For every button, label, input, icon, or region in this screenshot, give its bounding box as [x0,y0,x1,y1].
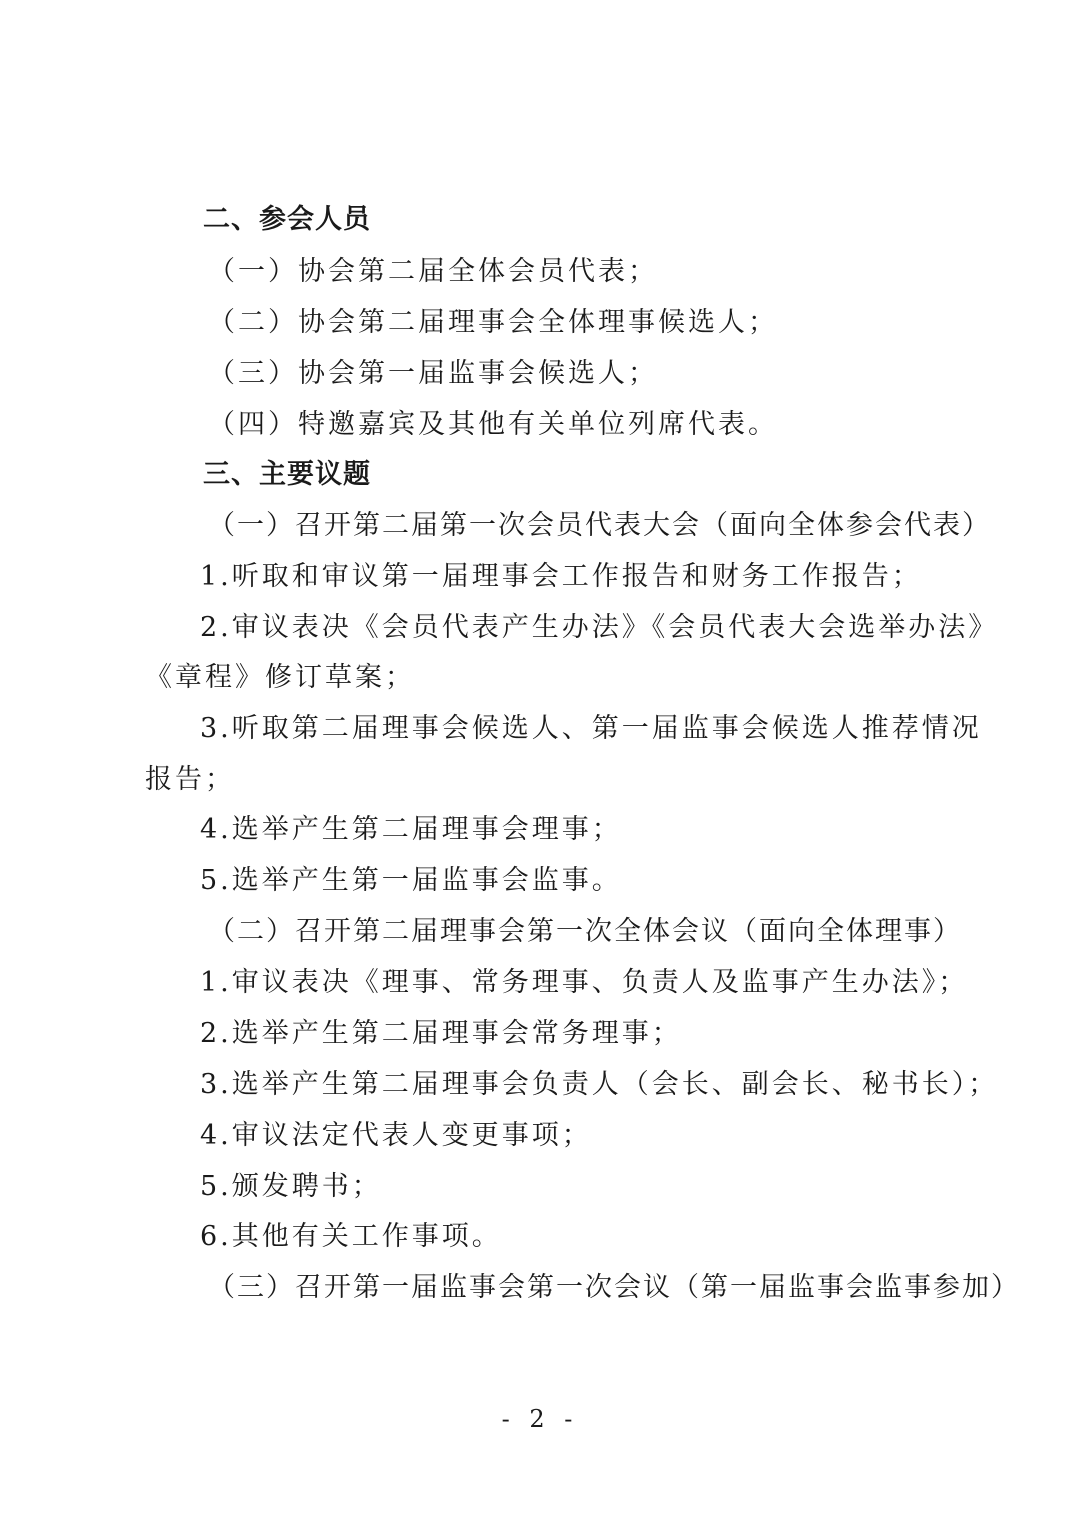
agenda-line: 1.听取和审议第一届理事会工作报告和财务工作报告； [200,560,922,594]
attendee-item: （一）协会第二届全体会员代表； [208,255,658,289]
agenda-line: 4.选举产生第二届理事会理事； [200,813,622,847]
agenda-line-continuation: 《章程》修订草案； [145,661,415,695]
agenda-line: 6.其他有关工作事项。 [200,1220,502,1254]
section-heading-agenda: 三、主要议题 [203,458,371,492]
agenda-line: 2.审议表决《会员代表产生办法》《会员代表大会选举办法》 [200,611,998,645]
agenda-line: 3.选举产生第二届理事会负责人（会长、副会长、秘书长）； [200,1068,998,1102]
attendee-item: （四）特邀嘉宾及其他有关单位列席代表。 [208,408,778,442]
agenda-line: 4.审议法定代表人变更事项； [200,1119,592,1153]
subsection-title: （二）召开第二届理事会第一次全体会议（面向全体理事） [208,915,962,949]
agenda-line: 5.颁发聘书； [200,1170,382,1204]
agenda-line-continuation: 报告； [145,763,235,797]
attendee-item: （三）协会第一届监事会候选人； [208,357,658,391]
agenda-line: 2.选举产生第二届理事会常务理事； [200,1017,682,1051]
subsection-title: （一）召开第二届第一次会员代表大会（面向全体参会代表） [208,509,991,543]
subsection-title: （三）召开第一届监事会第一次会议（第一届监事会监事参加） [208,1271,1020,1305]
agenda-line: 5.选举产生第一届监事会监事。 [200,864,622,898]
attendee-item: （二）协会第二届理事会全体理事候选人； [208,306,778,340]
agenda-line: 1.审议表决《理事、常务理事、负责人及监事产生办法》； [200,966,968,1000]
document-page: 二、参会人员 （一）协会第二届全体会员代表； （二）协会第二届理事会全体理事候选… [0,0,1080,1527]
agenda-line: 3.听取第二届理事会候选人、第一届监事会候选人推荐情况 [200,712,982,746]
page-number: - 2 - [0,1404,1080,1434]
section-heading-attendees: 二、参会人员 [203,203,371,237]
